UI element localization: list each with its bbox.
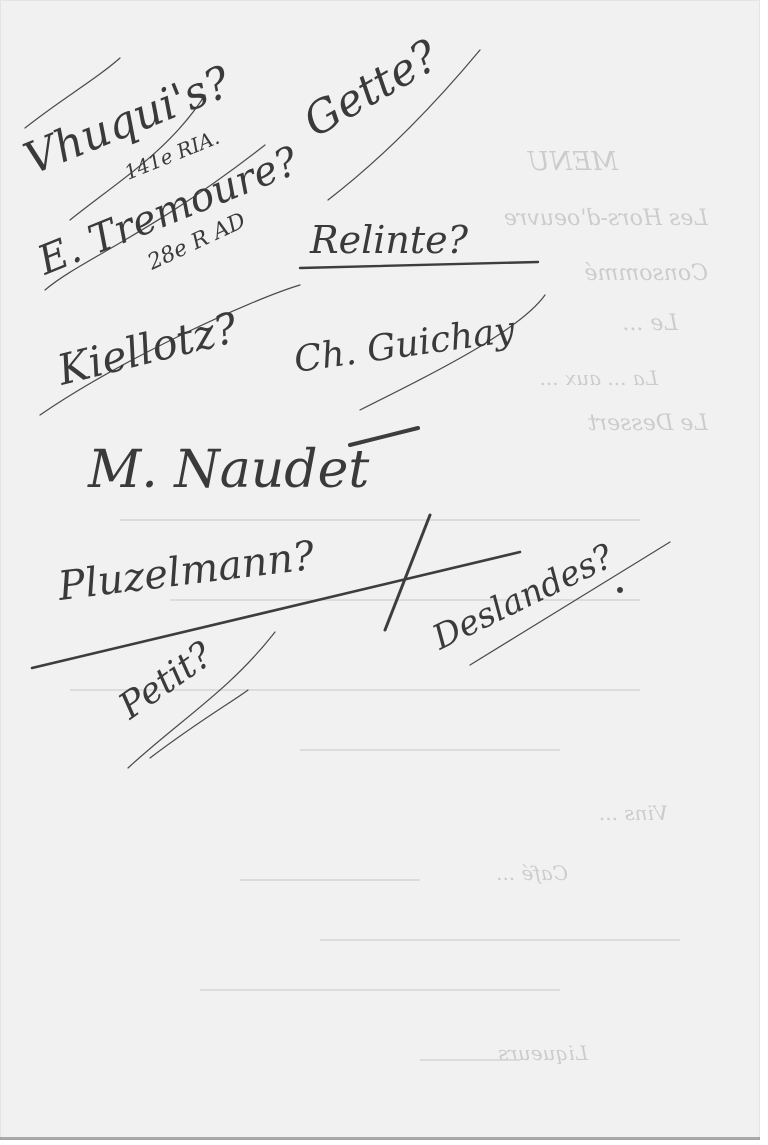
period-dot (617, 587, 623, 593)
signature-text: Gette? (295, 30, 447, 147)
signature-s10: Petit? (111, 632, 275, 768)
signature-s7: M. Naudet (87, 428, 418, 500)
signature-text: Relinte? (309, 218, 469, 262)
signature-text: M. Naudet (87, 440, 369, 500)
signature-text: Petit? (111, 634, 221, 728)
signature-text: Ch. Guichay (292, 309, 518, 381)
signature-s4: Relinte? (300, 218, 538, 268)
signature-s6: Ch. Guichay (292, 295, 545, 410)
signature-s5: Kiellotz? (40, 285, 300, 415)
signature-s3: Gette? (295, 30, 480, 200)
signature-text: Kiellotz? (52, 303, 243, 395)
signature-s9: Deslandes? (426, 536, 670, 665)
signatures-layer: Vhuqui's? 141e RIA. E. Tremoure? 28e R A… (0, 0, 768, 1145)
signature-text: Deslandes? (426, 536, 621, 658)
signature-text: Pluzelmann? (55, 533, 318, 610)
